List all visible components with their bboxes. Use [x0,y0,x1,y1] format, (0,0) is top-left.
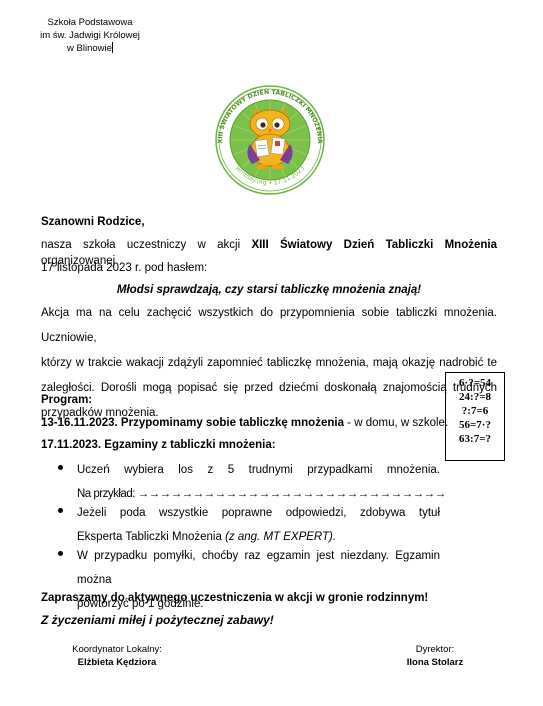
bullet-icon [58,508,63,513]
bullet-icon [58,551,63,556]
school-name-line-3: w Blinowie [30,42,150,55]
director-role: Dyrektor: [390,643,480,656]
bullet-item-2: Jeżeli poda wszystkie poprawne odpowiedz… [58,501,440,549]
intro-line-2: 17 listopada 2023 r. pod hasłem: [41,260,497,276]
equation: 6·?=54 [446,376,504,390]
school-name-line-1: Szkoła Podstawowa [30,16,150,29]
coordinator-name: Elżbieta Kędziora [62,656,172,669]
equation: ?:7=6 [446,404,504,418]
signature-coordinator: Koordynator Lokalny: Elżbieta Kędziora [62,643,172,669]
greeting: Szanowni Rodzice, [41,214,497,230]
paragraph-line: którzy w trakcie wakacji zdążyli zapomni… [41,351,497,376]
equation: 24:?=8 [446,390,504,404]
paragraph-line: Akcja ma na celu zachęcić wszystkich do … [41,301,497,351]
invitation: Zapraszamy do aktywnego uczestniczenia w… [41,590,497,606]
director-name: Ilona Stolarz [390,656,480,669]
text-cursor [112,42,113,53]
example-equations-box: 6·?=54 24:?=8 ?:7=6 56=7·? 63:7=? [445,372,505,461]
program-item-2: 17.11.2023. Egzaminy z tabliczki mnożeni… [41,437,497,453]
equation: 63:7=? [446,432,504,446]
event-logo: XIII ŚWIATOWY DZIEŃ TABLICZKI MNOŻENIA w… [200,84,340,196]
program-item-1: 13-16.11.2023. Przypominamy sobie tablic… [41,415,441,431]
school-header: Szkoła Podstawowa im św. Jadwigi Królowe… [30,16,150,55]
motto: Młodsi sprawdzają, czy starsi tabliczkę … [41,282,497,298]
school-name-line-2: im św. Jadwigi Królowej [30,29,150,42]
program-label: Program: [41,392,497,408]
bullet-item-1: Uczeń wybiera los z 5 trudnymi przypadka… [58,458,440,506]
owl-logo-icon: XIII ŚWIATOWY DZIEŃ TABLICZKI MNOŻENIA w… [200,84,340,196]
equation: 56=7·? [446,418,504,432]
coordinator-role: Koordynator Lokalny: [62,643,172,656]
event-name: XIII Światowy Dzień Tabliczki Mnożenia [251,239,497,251]
signature-director: Dyrektor: Ilona Stolarz [390,643,480,669]
bullet-icon [58,465,63,470]
wishes: Z życzeniami miłej i pożytecznej zabawy! [41,612,497,628]
